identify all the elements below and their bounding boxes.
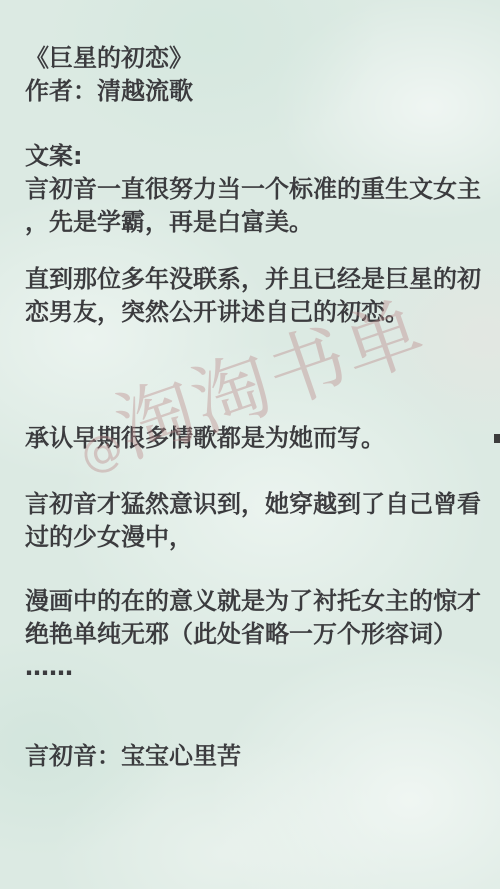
text-line: 作者：清越流歌: [25, 75, 486, 108]
text-line: 言初音一直很努力当一个标准的重生文女主: [25, 173, 486, 206]
text-line: ，先是学霸，再是白富美。: [25, 206, 486, 239]
paragraph: 漫画中的在的意义就是为了衬托女主的惊才绝艳单纯无邪（此处省略一万个形容词）……: [25, 585, 486, 684]
paragraph: 《巨星的初恋》作者：清越流歌: [25, 42, 486, 108]
text-line: 文案:: [25, 140, 486, 173]
paragraph: 文案:言初音一直很努力当一个标准的重生文女主，先是学霸，再是白富美。: [25, 140, 486, 239]
text-line: 《巨星的初恋》: [25, 42, 486, 75]
book-blurb-image: 《巨星的初恋》作者：清越流歌文案:言初音一直很努力当一个标准的重生文女主，先是学…: [0, 0, 500, 889]
text-line: 过的少女漫中，: [25, 521, 486, 554]
text-line: 绝艳单纯无邪（此处省略一万个形容词）: [25, 618, 486, 651]
paragraph: 言初音：宝宝心里苦: [25, 740, 486, 773]
text-content: 《巨星的初恋》作者：清越流歌文案:言初音一直很努力当一个标准的重生文女主，先是学…: [0, 0, 500, 773]
text-line: 承认早期很多情歌都是为她而写。: [25, 422, 486, 455]
text-line: 言初音：宝宝心里苦: [25, 740, 486, 773]
paragraph: 承认早期很多情歌都是为她而写。: [25, 422, 486, 455]
text-line: ……: [25, 651, 486, 684]
text-line: 恋男友，突然公开讲述自己的初恋。: [25, 296, 486, 329]
text-line: 言初音才猛然意识到，她穿越到了自己曾看: [25, 488, 486, 521]
text-line: 漫画中的在的意义就是为了衬托女主的惊才: [25, 585, 486, 618]
text-line: 直到那位多年没联系，并且已经是巨星的初: [25, 263, 486, 296]
paragraph: 直到那位多年没联系，并且已经是巨星的初恋男友，突然公开讲述自己的初恋。: [25, 263, 486, 329]
edge-artifact-dot: [494, 434, 500, 443]
paragraph: 言初音才猛然意识到，她穿越到了自己曾看过的少女漫中，: [25, 488, 486, 554]
